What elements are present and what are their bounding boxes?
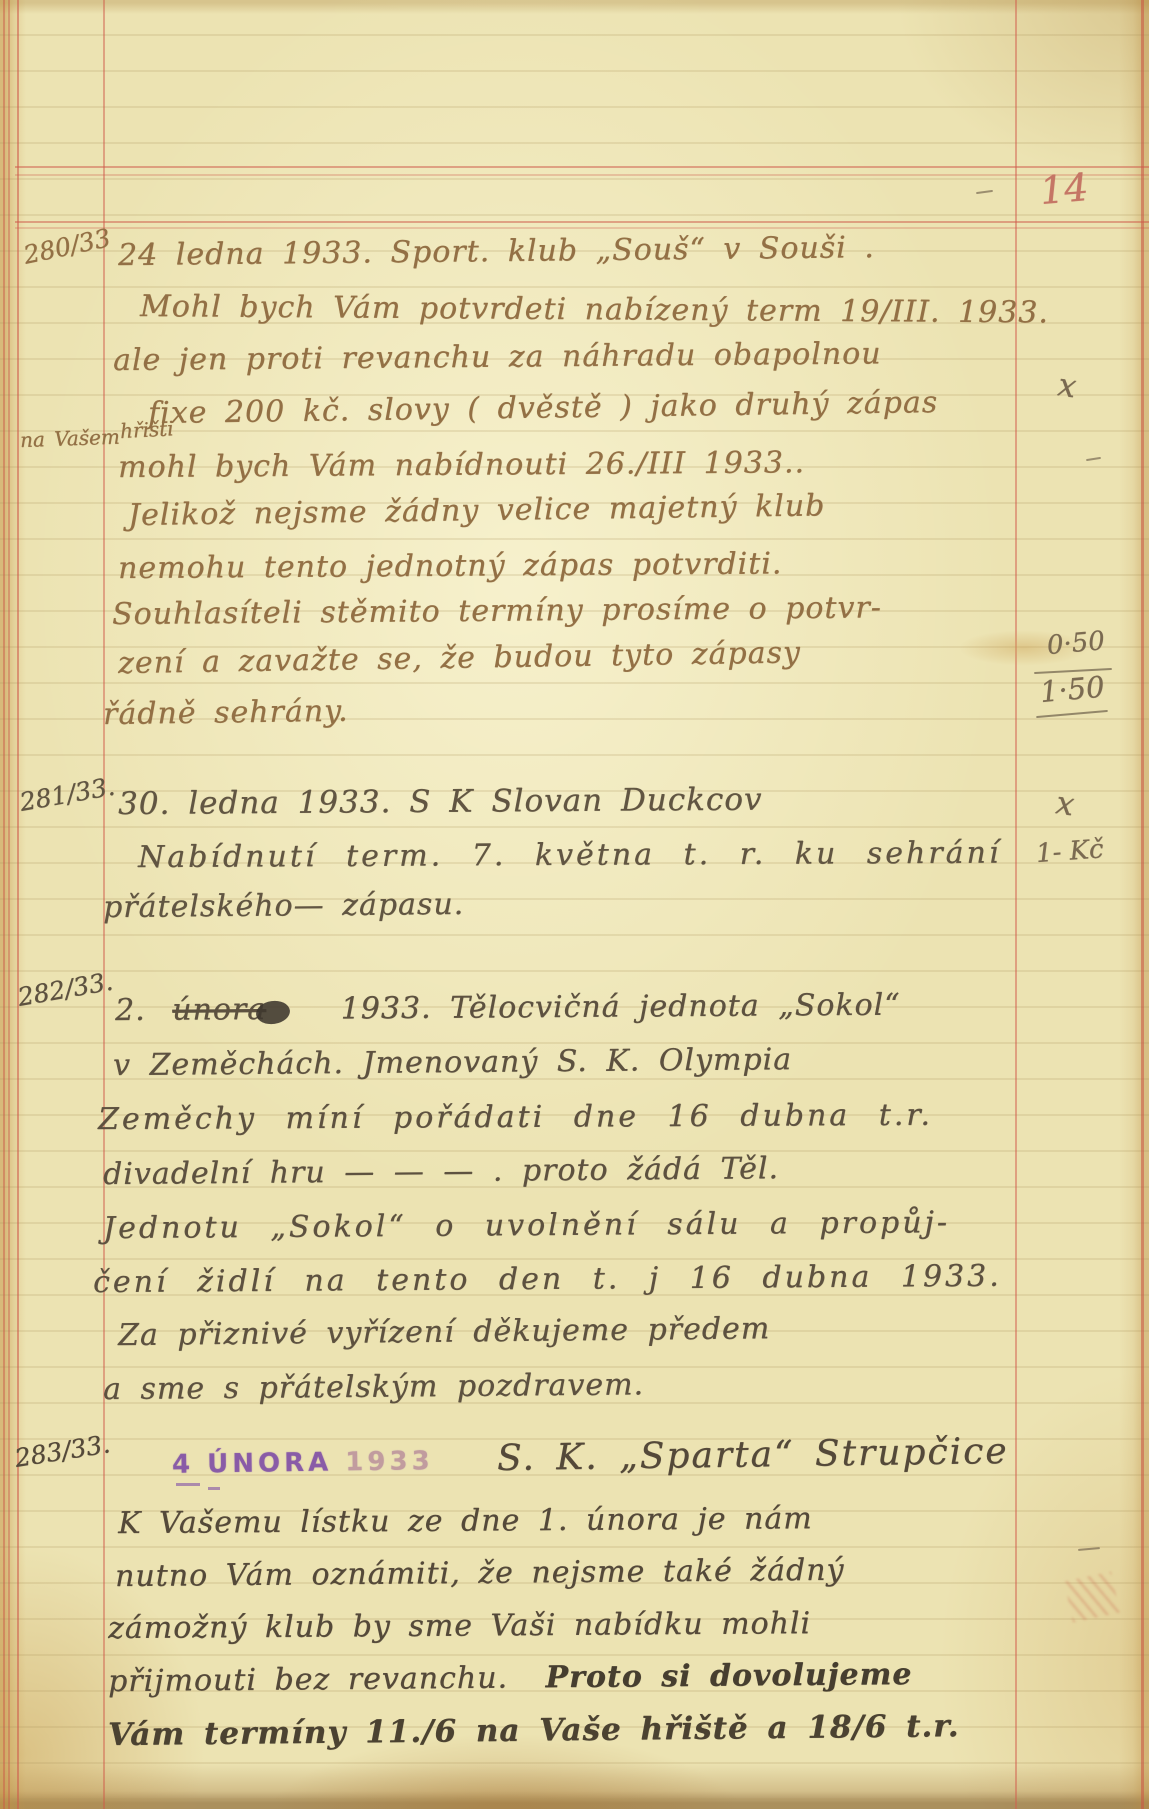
header-top-line-2 (15, 174, 1149, 176)
entry-280-line-6: Jelikož nejsme žádny velice majetný klub (128, 490, 826, 531)
entry-283-line-5: přijmouti bez revanchu. Proto si dovoluj… (108, 1659, 913, 1698)
entry-281-fee: 1- Kč (1035, 836, 1104, 868)
date-stamp-day: 4 ÚNORA (172, 1448, 333, 1480)
entry-282-line-5: Jednotu „Sokol“ o uvolnění sálu a propůj… (103, 1207, 950, 1244)
entry-281-x-mark: x (1054, 786, 1077, 822)
entry-282-line-2: v Zeměchách. Jmenovaný S. K. Olympia (113, 1044, 792, 1081)
entry-280-line-3: ale jen proti revanchu za náhradu obapol… (113, 338, 882, 376)
header-bottom-line-2 (15, 227, 1149, 229)
entry-283-line-3: nutno Vám oznámiti, že nejsme také žádný (115, 1555, 845, 1593)
entry-282-line-6: čení židlí na tento den t. j 16 dubna 19… (93, 1261, 1002, 1299)
entry-280-line-4: fixe 200 kč. slovy ( dvěstě ) jako druhý… (148, 387, 939, 430)
sum-rule-lower (1036, 710, 1108, 718)
dash-mark-top (976, 190, 993, 194)
header-bottom-line (15, 221, 1149, 223)
entry-281-line-3: přátelského— zápasu. (103, 889, 464, 924)
header-top-line (15, 166, 1149, 168)
entry-280-line-10: řádně sehrány. (103, 696, 349, 731)
amount-column-line (1015, 0, 1017, 1809)
entry-280-amount-total: 1·50 (1039, 671, 1106, 707)
entry-280-margin-note-1: na Vašem (20, 427, 120, 451)
entry-281-line-2: Nabídnutí term. 7. května t. r. ku sehrá… (138, 837, 1002, 873)
red-ink-smudge (1064, 1571, 1120, 1622)
left-edge-line-outer (3, 0, 5, 1809)
left-edge-line-inner (8, 0, 10, 1809)
entry-281-number: 281/33. (18, 774, 117, 817)
entry-281-line-1: 30. ledna 1933. S K Slovan Duckcov (118, 784, 763, 821)
entry-282-number: 282/33. (16, 969, 115, 1012)
date-stamp: 4 ÚNORA 1933 (172, 1446, 434, 1480)
entry-280-x-mark: x (1056, 368, 1079, 404)
entry-280-margin-note-2: hřišti (119, 418, 174, 442)
entry-283-line-4: zámožný klub by sme Vaši nabídku mohli (108, 1608, 811, 1644)
entry-283-line-2: K Vašemu lístku ze dne 1. února je nám (118, 1503, 813, 1539)
entry-282-line-8: a sme s přátelským pozdravem. (103, 1369, 644, 1405)
entry-283-line-5-normal: přijmouti bez revanchu. (108, 1661, 508, 1699)
entry-280-line-9: zení a zavažte se, že budou tyto zápasy (118, 637, 801, 679)
entry-280-number: 280/33 (21, 225, 112, 269)
dash-mark-right-1 (1086, 457, 1101, 461)
right-margin-line (1141, 0, 1144, 1809)
left-margin-line (17, 0, 19, 1809)
entry-280-line-7: nemohu tento jednotný zápas potvrditi. (118, 548, 783, 584)
date-stamp-year: 1933 (345, 1446, 434, 1477)
entry-282-line-4: divadelní hru — — — . proto žádá Těl. (103, 1153, 779, 1190)
page-number: 14 (1038, 168, 1090, 212)
entry-283-title: S. K. „Sparta“ Strupčice (497, 1433, 1009, 1478)
entry-283-number: 283/33. (13, 1431, 112, 1472)
entry-282-line-1: 2. února 1933. Tělocvičná jednota „Sokol… (115, 990, 901, 1027)
entry-280-line-5: mohl bych Vám nabídnouti 26./III 1933.. (118, 447, 805, 483)
entry-282-line-3: Zeměchy míní pořádati dne 16 dubna t.r. (98, 1100, 933, 1136)
entry-282-line-1-date: 2. (115, 993, 146, 1028)
stamp-underline-1 (176, 1483, 200, 1486)
entry-280-line-2: Mohl bych Vám potvrdeti nabízený term 19… (140, 291, 1049, 329)
entry-282-line-1-struck-word: února (172, 992, 266, 1028)
stamp-underline-2 (208, 1487, 220, 1490)
entry-280-amount-sub: 0·50 (1046, 628, 1106, 660)
ledger-page: 14 280/33 24 ledna 1933. Sport. klub „So… (0, 0, 1149, 1809)
entry-280-line-8: Souhlasíteli stěmito termíny prosíme o p… (112, 592, 882, 630)
entry-280-line-1: 24 ledna 1933. Sport. klub „Souš“ v Souš… (118, 232, 875, 271)
entry-282-line-1-rest: 1933. Tělocvičná jednota „Sokol“ (341, 988, 901, 1027)
entry-283-line-5-bold: Proto si dovolujeme (545, 1657, 912, 1695)
dash-mark-right-2 (1078, 1547, 1100, 1551)
entry-283-line-6: Vám termíny 11./6 na Vaše hřiště a 18/6 … (108, 1710, 960, 1751)
entry-282-line-7: Za přiznivé vyřízení děkujeme předem (118, 1313, 770, 1351)
